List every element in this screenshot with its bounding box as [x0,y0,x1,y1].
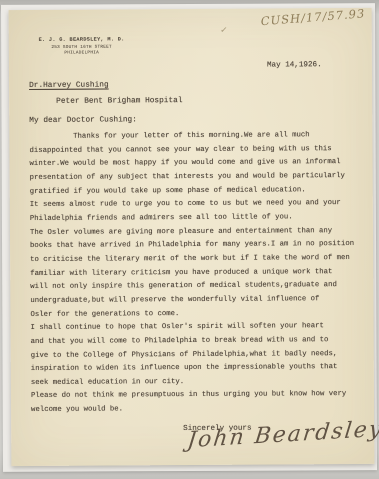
letterhead-name: E. J. G. BEARDSLEY, M. D. [33,36,131,42]
letter-date: May 14,1926. [267,61,322,69]
recipient-institution: Peter Bent Brigham Hospital [56,97,182,106]
archive-reference-mark: CUSH/17/57.93 [261,6,366,28]
letterhead-city: PHILADELPHIA [33,49,131,55]
check-mark-annotation: ✓ [220,25,227,38]
letterhead: E. J. G. BEARDSLEY, M. D. 253 SOUTH 16TH… [33,36,131,55]
recipient-name: Dr.Harvey Cushing [29,82,109,90]
letter-body: Thanks for your letter of this morning.W… [29,129,371,418]
salutation: My dear Doctor Cushing: [29,116,137,125]
letter-paper: CUSH/17/57.93 ✓ E. J. G. BEARDSLEY, M. D… [9,8,375,466]
handwritten-signature: John Beardsley [186,417,379,454]
